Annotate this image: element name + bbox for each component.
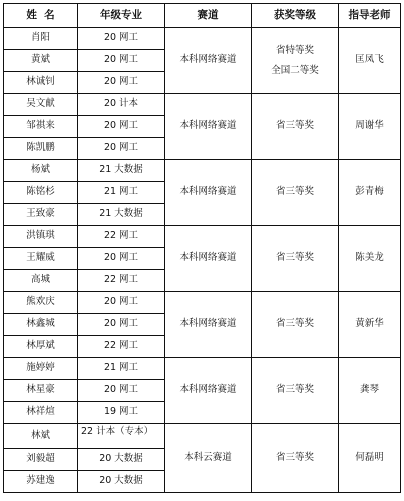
header-track: 赛道 [165,4,252,28]
award-cell: 省特等奖 全国二等奖 [252,28,339,94]
table-row: 肖阳 20 网工 本科网络赛道 省特等奖 全国二等奖 匡凤飞 [4,28,401,50]
student-name: 黄斌 [4,50,78,72]
student-grade: 21 大数据 [78,204,165,226]
student-name: 洪镇琪 [4,226,78,248]
award-level: 全国二等奖 [252,61,338,81]
award-cell: 省三等奖 [252,160,339,226]
student-grade: 21 大数据 [78,160,165,182]
student-grade: 22 网工 [78,336,165,358]
student-name: 王耀威 [4,248,78,270]
teacher-cell: 匡凤飞 [339,28,401,94]
student-grade: 20 计本 [78,94,165,116]
track-cell: 本科网络赛道 [165,160,252,226]
student-name: 林鑫城 [4,314,78,336]
student-grade: 22 计本（专本） [78,424,165,449]
table-row: 杨斌 21 大数据 本科网络赛道 省三等奖 彭青梅 [4,160,401,182]
student-name: 林诚钊 [4,72,78,94]
student-grade: 20 大数据 [78,471,165,493]
teacher-cell: 陈美龙 [339,226,401,292]
student-name: 杨斌 [4,160,78,182]
teacher-cell: 周谢华 [339,94,401,160]
student-grade: 22 网工 [78,270,165,292]
student-grade: 20 网工 [78,138,165,160]
student-grade: 20 网工 [78,116,165,138]
track-cell: 本科网络赛道 [165,28,252,94]
student-name: 苏建逸 [4,471,78,493]
teacher-cell: 龚琴 [339,358,401,424]
header-grade-major: 年级专业 [78,4,165,28]
award-cell: 省三等奖 [252,424,339,493]
student-grade: 20 网工 [78,380,165,402]
track-cell: 本科网络赛道 [165,226,252,292]
track-cell: 本科网络赛道 [165,94,252,160]
student-name: 林祥煊 [4,402,78,424]
table-row: 熊欢庆 20 网工 本科网络赛道 省三等奖 黄新华 [4,292,401,314]
track-cell: 本科云赛道 [165,424,252,493]
student-grade: 22 网工 [78,226,165,248]
student-name: 邹祺来 [4,116,78,138]
student-name: 刘毅超 [4,449,78,471]
student-grade: 20 网工 [78,248,165,270]
teacher-cell: 彭青梅 [339,160,401,226]
teacher-cell: 黄新华 [339,292,401,358]
header-name: 姓 名 [4,4,78,28]
student-name: 高城 [4,270,78,292]
student-name: 施婷婷 [4,358,78,380]
table-row: 洪镇琪 22 网工 本科网络赛道 省三等奖 陈美龙 [4,226,401,248]
student-grade: 21 网工 [78,358,165,380]
track-cell: 本科网络赛道 [165,358,252,424]
header-row: 姓 名 年级专业 赛道 获奖等级 指导老师 [4,4,401,28]
student-grade: 20 网工 [78,28,165,50]
student-grade: 19 网工 [78,402,165,424]
student-grade: 20 网工 [78,292,165,314]
student-grade: 21 网工 [78,182,165,204]
student-name: 熊欢庆 [4,292,78,314]
award-cell: 省三等奖 [252,358,339,424]
student-name: 陈铭杉 [4,182,78,204]
table-row: 林斌 22 计本（专本） 本科云赛道 省三等奖 何磊明 [4,424,401,449]
award-level: 省特等奖 [252,41,338,61]
award-cell: 省三等奖 [252,292,339,358]
header-award: 获奖等级 [252,4,339,28]
table-row: 吴文献 20 计本 本科网络赛道 省三等奖 周谢华 [4,94,401,116]
award-cell: 省三等奖 [252,94,339,160]
header-teacher: 指导老师 [339,4,401,28]
track-cell: 本科网络赛道 [165,292,252,358]
student-grade: 20 大数据 [78,449,165,471]
table-row: 施婷婷 21 网工 本科网络赛道 省三等奖 龚琴 [4,358,401,380]
student-name: 林斌 [4,424,78,449]
student-name: 陈凯鹏 [4,138,78,160]
student-grade: 20 网工 [78,314,165,336]
student-name: 林厚斌 [4,336,78,358]
award-cell: 省三等奖 [252,226,339,292]
student-name: 王致豪 [4,204,78,226]
student-name: 肖阳 [4,28,78,50]
student-name: 吴文献 [4,94,78,116]
student-grade: 20 网工 [78,72,165,94]
teacher-cell: 何磊明 [339,424,401,493]
student-name: 林星豪 [4,380,78,402]
awards-table: 姓 名 年级专业 赛道 获奖等级 指导老师 肖阳 20 网工 本科网络赛道 省特… [3,3,401,493]
student-grade: 20 网工 [78,50,165,72]
